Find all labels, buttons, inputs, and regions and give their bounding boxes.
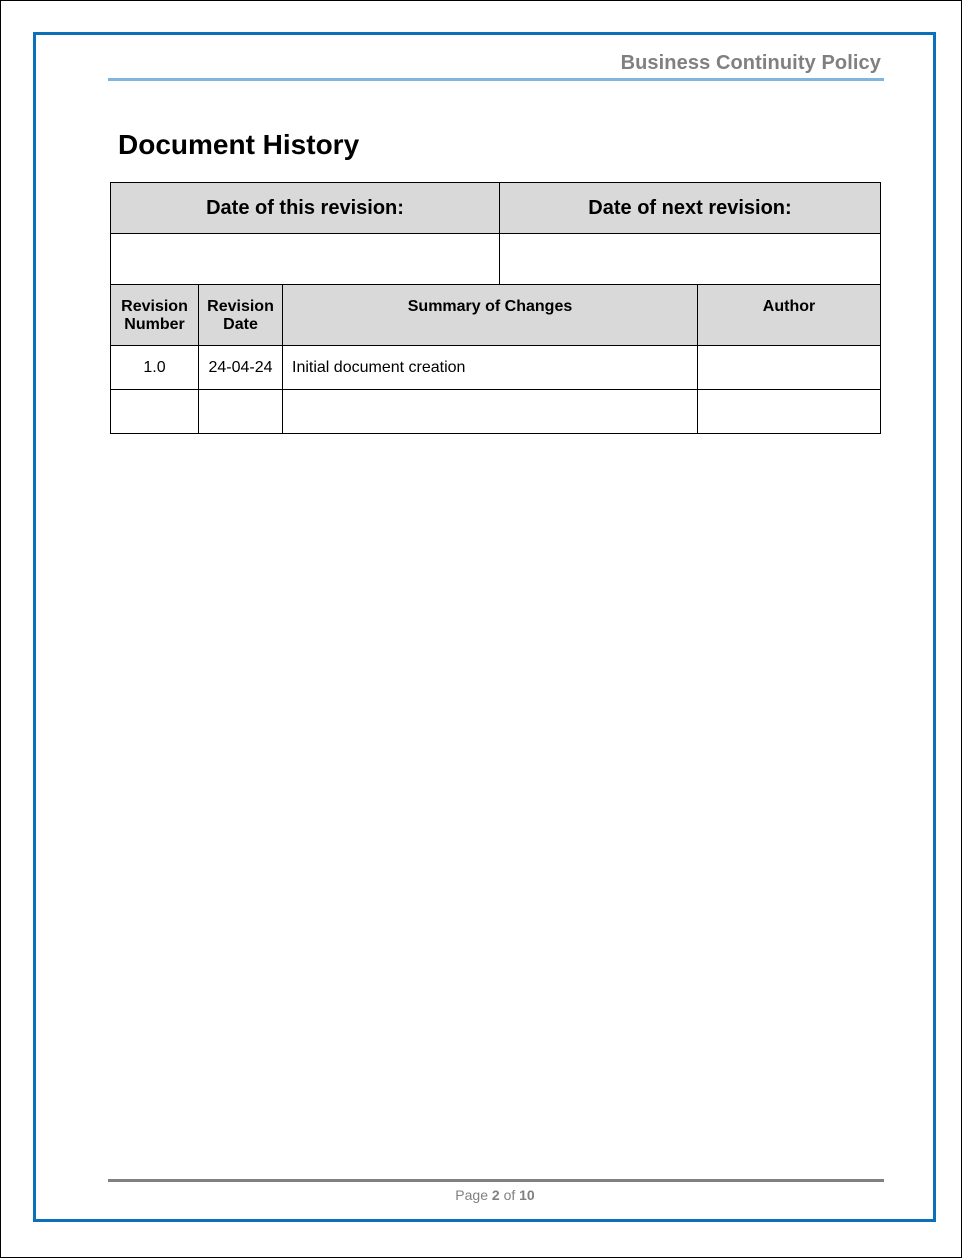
date-this-revision-header: Date of this revision:	[111, 183, 500, 234]
date-next-revision-value[interactable]	[500, 234, 881, 285]
col-summary-of-changes: Summary of Changes	[283, 285, 698, 346]
revision-history-table: Revision Number Revision Date Summary of…	[110, 284, 881, 434]
cell-author[interactable]	[698, 390, 881, 434]
cell-summary[interactable]	[283, 390, 698, 434]
col-revision-number: Revision Number	[111, 285, 199, 346]
date-next-revision-header: Date of next revision:	[500, 183, 881, 234]
page-number: Page 2 of 10	[0, 1187, 962, 1203]
table-row: 1.0 24-04-24 Initial document creation	[111, 346, 881, 390]
cell-revision-date[interactable]	[199, 390, 283, 434]
cell-revision-number[interactable]	[111, 390, 199, 434]
page-title: Document History	[118, 129, 359, 161]
col-author: Author	[698, 285, 881, 346]
revision-dates-table: Date of this revision: Date of next revi…	[110, 182, 881, 285]
cell-revision-number[interactable]: 1.0	[111, 346, 199, 390]
cell-summary[interactable]: Initial document creation	[283, 346, 698, 390]
col-revision-date: Revision Date	[199, 285, 283, 346]
cell-revision-date[interactable]: 24-04-24	[199, 346, 283, 390]
header-rule	[108, 78, 884, 81]
running-header-title: Business Continuity Policy	[621, 52, 881, 75]
footer-rule	[108, 1179, 884, 1182]
table-header-row: Revision Number Revision Date Summary of…	[111, 285, 881, 346]
cell-author[interactable]	[698, 346, 881, 390]
table-row	[111, 390, 881, 434]
date-this-revision-value[interactable]	[111, 234, 500, 285]
